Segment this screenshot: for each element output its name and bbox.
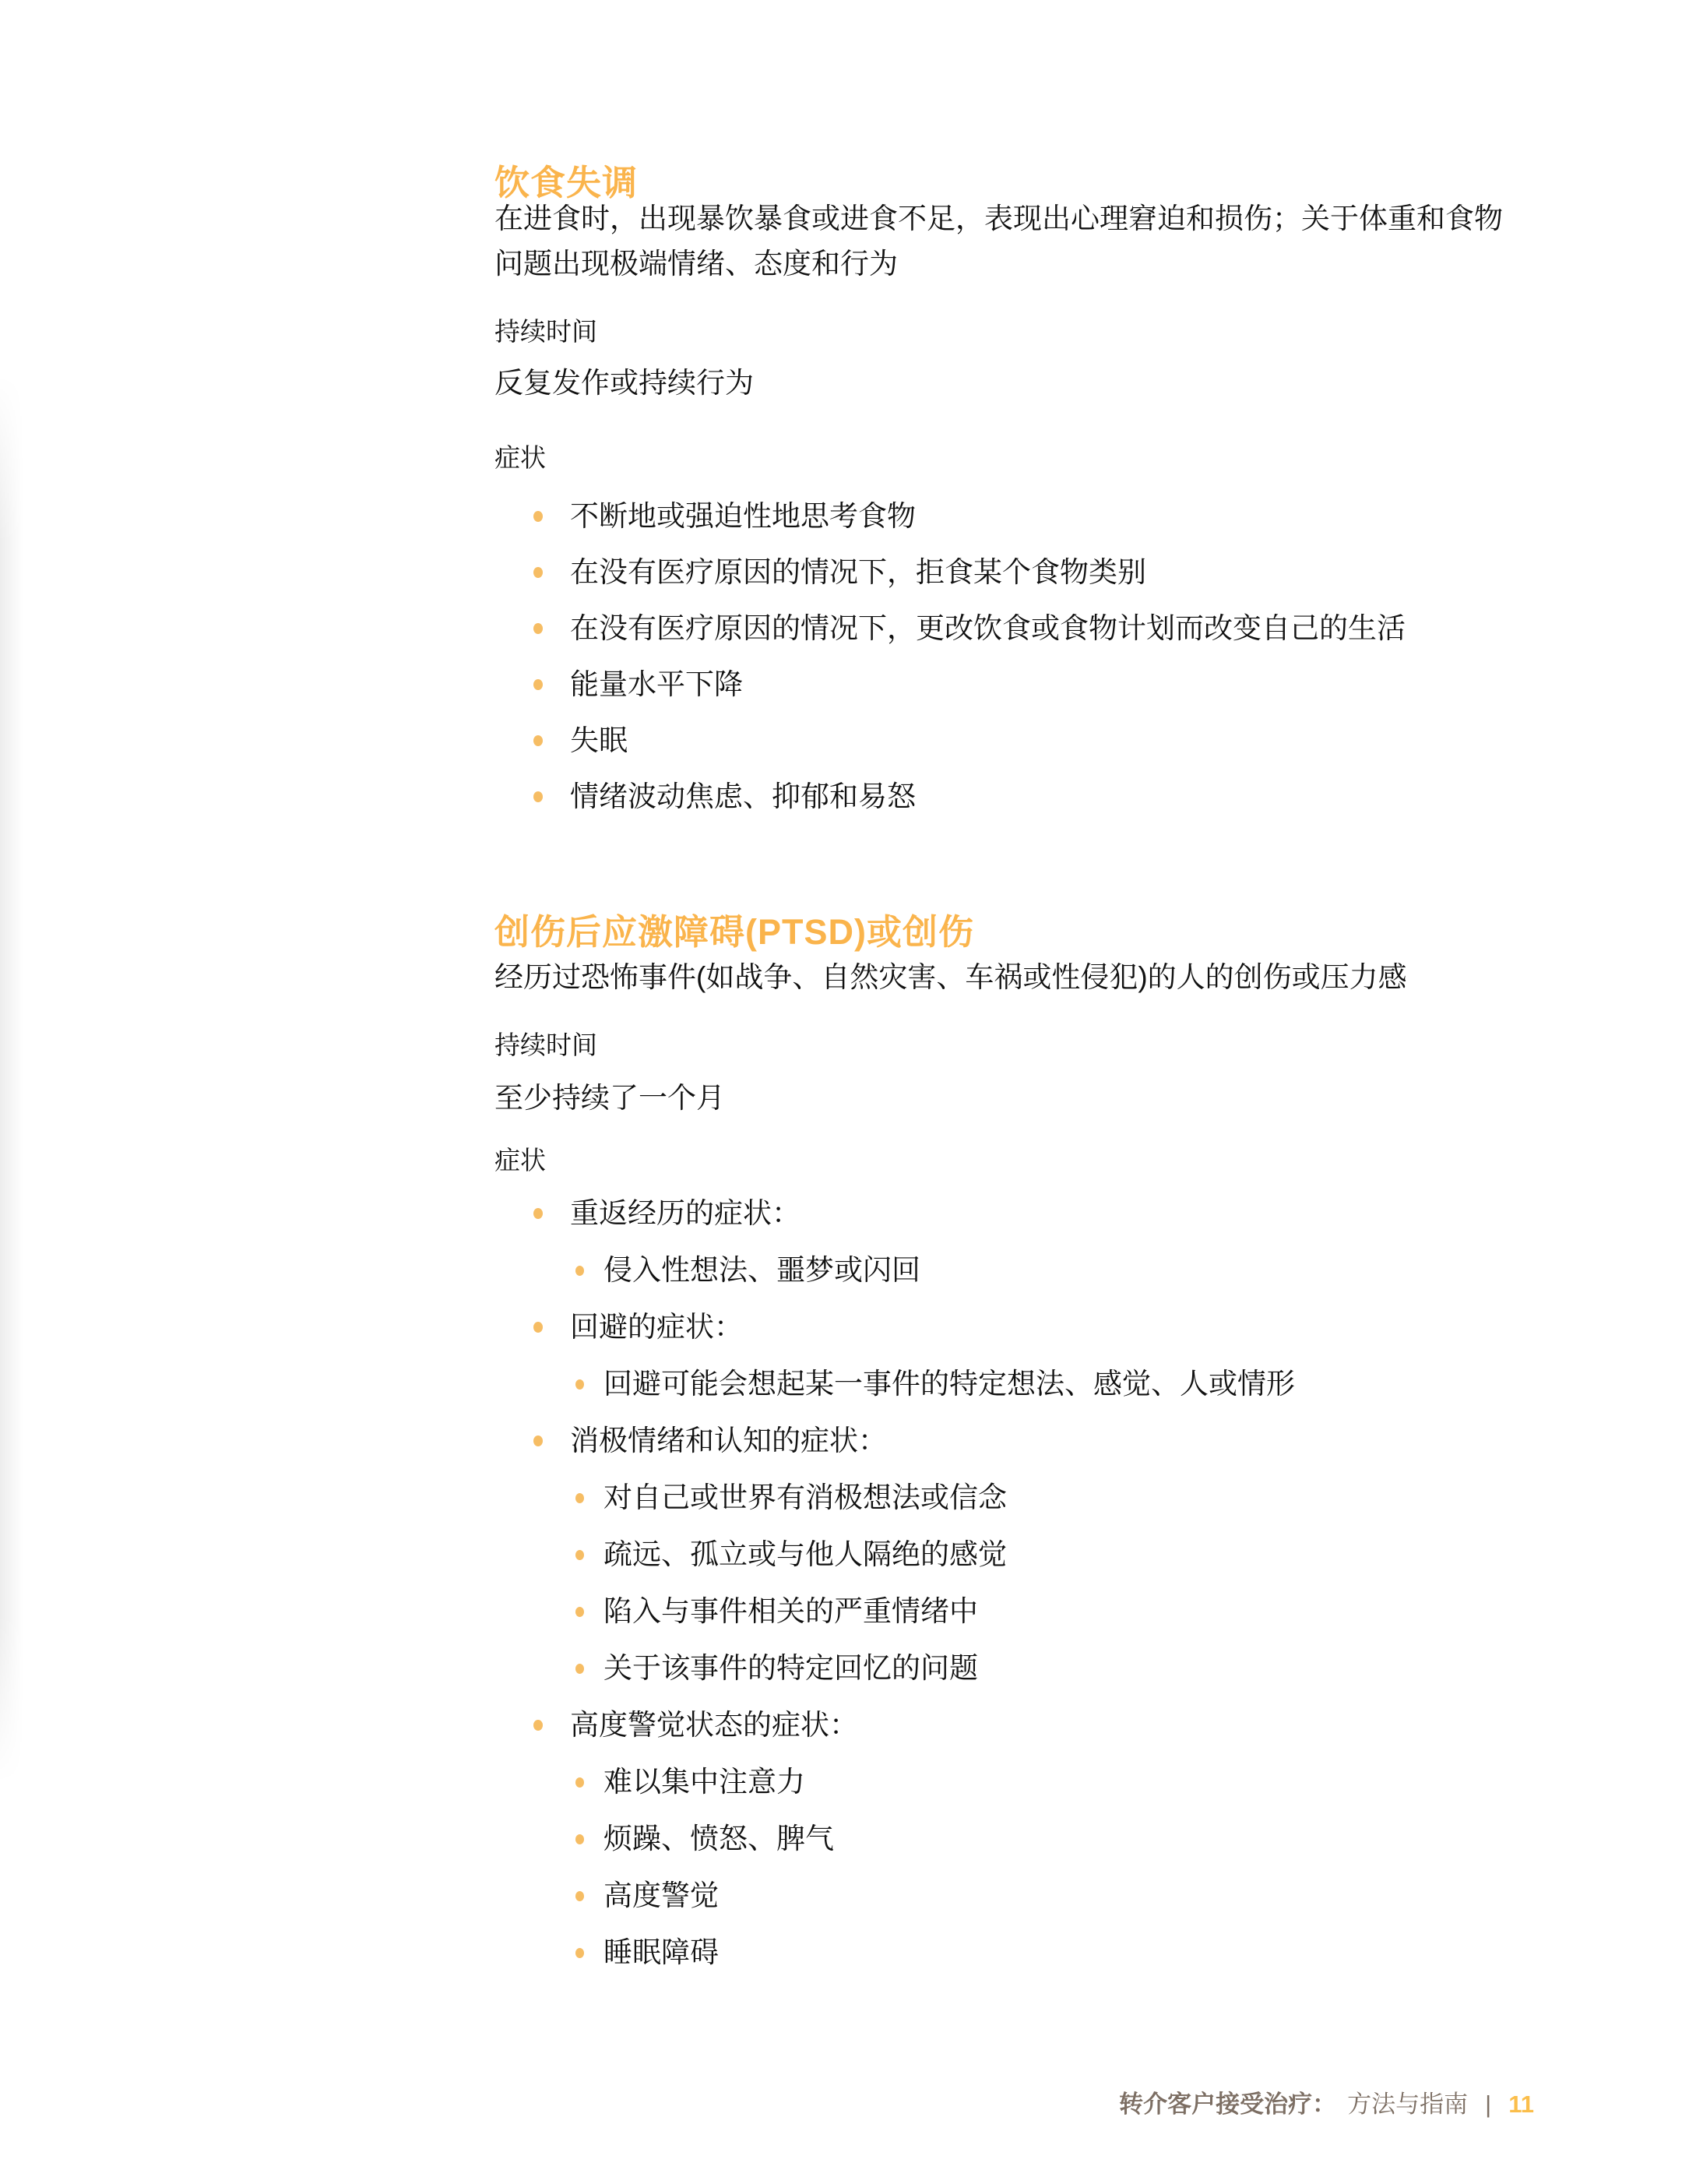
bullet-icon [575, 1493, 584, 1503]
list-item: 疏远、孤立或与他人隔绝的感觉 [494, 1538, 1513, 1572]
list-item-text: 在没有医疗原因的情况下，更改饮食或食物计划而改变自己的生活 [494, 611, 1513, 646]
list-item-text: 能量水平下降 [494, 668, 1513, 702]
list-item: 陷入与事件相关的严重情绪中 [494, 1594, 1513, 1629]
list-item: 能量水平下降 [494, 668, 1513, 702]
bullet-icon [533, 1208, 543, 1219]
footer-doc-subtitle: 方法与指南 [1347, 2089, 1468, 2120]
list-item-text: 侵入性想法、噩梦或闪回 [494, 1253, 1513, 1288]
list-item: 关于该事件的特定回忆的问题 [494, 1651, 1513, 1686]
list-item: 消极情绪和认知的症状： [494, 1424, 1513, 1458]
list-item-text: 对自己或世界有消极想法或信念 [494, 1481, 1513, 1515]
list-item: 侵入性想法、噩梦或闪回 [494, 1253, 1513, 1288]
document-page: 饮食失调 在进食时，出现暴饮暴食或进食不足，表现出心理窘迫和损伤；关于体重和食物… [0, 0, 1682, 2184]
list-item: 情绪波动焦虑、抑郁和易怒 [494, 780, 1513, 814]
list-item-text: 在没有医疗原因的情况下，拒食某个食物类别 [494, 555, 1513, 590]
page-edge-shadow [0, 374, 23, 1784]
bullet-icon [575, 1834, 584, 1844]
list-item: 不断地或强迫性地思考食物 [494, 499, 1513, 534]
list-item: 重返经历的症状： [494, 1196, 1513, 1231]
symptoms-label: 症状 [494, 442, 1513, 474]
bullet-icon [533, 567, 543, 578]
bullet-icon [575, 1607, 584, 1617]
list-item: 失眠 [494, 724, 1513, 758]
bullet-icon [533, 735, 543, 746]
bullet-icon [533, 791, 543, 802]
list-item-text: 情绪波动焦虑、抑郁和易怒 [494, 780, 1513, 814]
bullet-icon [533, 1322, 543, 1333]
bullet-icon [575, 1891, 584, 1901]
bullet-icon [575, 1664, 584, 1674]
list-item-text: 烦躁、愤怒、脾气 [494, 1822, 1513, 1856]
footer-separator: | [1485, 2089, 1491, 2120]
list-item-text: 关于该事件的特定回忆的问题 [494, 1651, 1513, 1686]
list-item-text: 不断地或强迫性地思考食物 [494, 499, 1513, 534]
page-footer: 转介客户接受治疗： 方法与指南 | 11 [1119, 2089, 1534, 2120]
list-item-text: 重返经历的症状： [494, 1196, 1513, 1231]
list-item-text: 失眠 [494, 724, 1513, 758]
list-item: 在没有医疗原因的情况下，拒食某个食物类别 [494, 555, 1513, 590]
list-item: 烦躁、愤怒、脾气 [494, 1822, 1513, 1856]
footer-doc-title: 转介客户接受治疗： [1119, 2089, 1336, 2120]
list-item-text: 睡眠障碍 [494, 1936, 1513, 1970]
duration-label: 持续时间 [494, 316, 1513, 347]
bullet-icon [533, 1720, 543, 1731]
bullet-icon [533, 623, 543, 634]
section-heading-ptsd: 创伤后应激障碍(PTSD)或创伤 [494, 913, 1513, 952]
list-item: 难以集中注意力 [494, 1765, 1513, 1799]
section-description: 经历过恐怖事件(如战争、自然灾害、车祸或性侵犯)的人的创伤或压力感 [494, 955, 1513, 1000]
list-item-text: 陷入与事件相关的严重情绪中 [494, 1594, 1513, 1629]
list-item-text: 疏远、孤立或与他人隔绝的感觉 [494, 1538, 1513, 1572]
duration-value: 反复发作或持续行为 [494, 366, 1513, 400]
bullet-icon [533, 679, 543, 690]
bullet-icon [533, 511, 543, 522]
list-item: 高度警觉 [494, 1879, 1513, 1913]
section-description: 在进食时，出现暴饮暴食或进食不足，表现出心理窘迫和损伤；关于体重和食物问题出现极… [494, 196, 1513, 287]
bullet-icon [575, 1266, 584, 1276]
bullet-icon [575, 1550, 584, 1560]
duration-value: 至少持续了一个月 [494, 1081, 1513, 1115]
list-item: 睡眠障碍 [494, 1936, 1513, 1970]
list-item-text: 高度警觉 [494, 1879, 1513, 1913]
page-number: 11 [1508, 2089, 1534, 2120]
list-item: 在没有医疗原因的情况下，更改饮食或食物计划而改变自己的生活 [494, 611, 1513, 646]
list-item: 对自己或世界有消极想法或信念 [494, 1481, 1513, 1515]
list-item: 回避的症状： [494, 1310, 1513, 1344]
bullet-icon [533, 1435, 543, 1446]
list-item: 高度警觉状态的症状： [494, 1708, 1513, 1742]
list-item-text: 高度警觉状态的症状： [494, 1708, 1513, 1742]
list-item-text: 回避可能会想起某一事件的特定想法、感觉、人或情形 [494, 1367, 1513, 1401]
list-item-text: 消极情绪和认知的症状： [494, 1424, 1513, 1458]
bullet-icon [575, 1777, 584, 1788]
bullet-icon [575, 1379, 584, 1390]
bullet-icon [575, 1948, 584, 1958]
list-item: 回避可能会想起某一事件的特定想法、感觉、人或情形 [494, 1367, 1513, 1401]
list-item-text: 回避的症状： [494, 1310, 1513, 1344]
list-item-text: 难以集中注意力 [494, 1765, 1513, 1799]
duration-label: 持续时间 [494, 1030, 1513, 1061]
symptoms-label: 症状 [494, 1145, 1513, 1176]
